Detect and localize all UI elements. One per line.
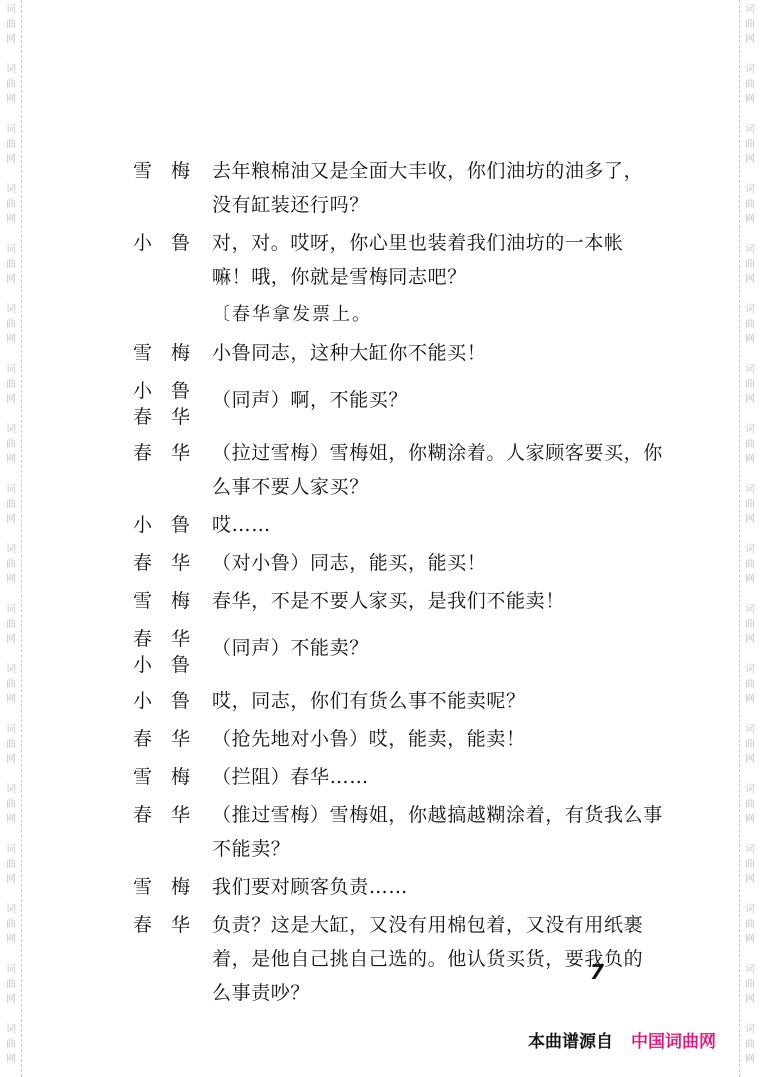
watermark-group: 词曲网: [742, 182, 758, 227]
speaker: 春华: [133, 726, 212, 752]
watermark-char: 词: [742, 242, 758, 257]
speaker-name: 春华: [133, 802, 212, 828]
watermark-char: 曲: [3, 797, 19, 812]
script-dialogue: 雪梅去年粮棉油又是全面大丰收，你们油坊的油多了，没有缸装还行吗？小鲁对，对。哎呀…: [133, 158, 633, 1018]
speaker: 春华: [133, 404, 212, 430]
watermark-char: 网: [3, 932, 19, 947]
watermark-char: 网: [742, 1052, 758, 1067]
watermark-char: 网: [3, 1052, 19, 1067]
speaker-char: 华: [171, 550, 209, 576]
watermark-char: 曲: [3, 197, 19, 212]
speaker-char: 梅: [171, 764, 209, 790]
speaker-char: 鲁: [171, 688, 209, 714]
watermark-char: 网: [742, 872, 758, 887]
watermark-char: 网: [3, 332, 19, 347]
dialogue-line: 哎……: [212, 512, 633, 538]
watermark-char: 词: [742, 302, 758, 317]
dialogue-row: 春华（拉过雪梅）雪梅姐，你糊涂着。人家顾客要买，你么事不要人家买？: [133, 440, 633, 508]
watermark-char: 网: [3, 92, 19, 107]
watermark-char: 词: [742, 722, 758, 737]
watermark-group: 词曲网: [742, 902, 758, 947]
watermark-group: 词曲网: [742, 422, 758, 467]
dialogue-line: 春华，不是不要人家买，是我们不能卖！: [212, 588, 633, 614]
dialogue-text: （对小鲁）同志，能买，能买！: [212, 550, 633, 584]
dialogue-line: 哎，同志，你们有货么事不能卖呢？: [212, 688, 633, 714]
dialogue-line: 着，是他自己挑自己选的。他认货买货，要我负的: [212, 946, 643, 972]
dialogue-text: 去年粮棉油又是全面大丰收，你们油坊的油多了，没有缸装还行吗？: [212, 158, 643, 226]
watermark-char: 词: [3, 722, 19, 737]
dialogue-line: （推过雪梅）雪梅姐，你越搞越糊涂着，有货我么事: [212, 802, 663, 828]
watermark-char: 网: [742, 992, 758, 1007]
speaker-char: 小: [133, 652, 171, 678]
watermark-char: 曲: [742, 377, 758, 392]
watermark-group: 词曲网: [742, 2, 758, 47]
watermark-char: 网: [742, 332, 758, 347]
watermark-char: 曲: [742, 1037, 758, 1052]
speaker: 小鲁: [133, 512, 212, 538]
watermark-char: 网: [742, 692, 758, 707]
watermark-char: 词: [3, 182, 19, 197]
right-margin-dashed-line: [739, 0, 740, 1077]
watermark-char: 曲: [3, 557, 19, 572]
watermark-char: 网: [742, 152, 758, 167]
dialogue-text: （推过雪梅）雪梅姐，你越搞越糊涂着，有货我么事不能卖？: [212, 802, 663, 870]
watermark-char: 词: [3, 902, 19, 917]
watermark-char: 网: [742, 32, 758, 47]
dialogue-text: （拉过雪梅）雪梅姐，你糊涂着。人家顾客要买，你么事不要人家买？: [212, 440, 663, 508]
watermark-char: 词: [742, 482, 758, 497]
dialogue-text: （同声）不能卖？: [212, 635, 633, 669]
speaker-char: 雪: [133, 874, 171, 900]
watermark-char: 曲: [742, 857, 758, 872]
dialogue-row: 春华负责？这是大缸，又没有用棉包着，又没有用纸裹着，是他自己挑自己选的。他认货买…: [133, 912, 633, 1014]
speaker-char: 鲁: [171, 378, 209, 404]
watermark-char: 网: [3, 632, 19, 647]
speaker-char: 鲁: [171, 512, 209, 538]
dialogue-line: （抢先地对小鲁）哎，能卖，能卖！: [212, 726, 633, 752]
watermark-char: 曲: [742, 677, 758, 692]
watermark-char: 网: [3, 992, 19, 1007]
watermark-char: 曲: [742, 437, 758, 452]
speaker-name: 春华: [133, 726, 212, 752]
dialogue-line: （同声）啊，不能买？: [212, 387, 633, 413]
watermark-char: 曲: [742, 977, 758, 992]
speaker-char: 梅: [171, 588, 209, 614]
dialogue-line: 不能卖？: [212, 836, 663, 862]
watermark-char: 曲: [3, 1037, 19, 1052]
speaker-char: 鲁: [171, 230, 209, 256]
speaker: 春华: [133, 912, 212, 938]
watermark-group: 词曲网: [742, 782, 758, 827]
watermark-char: 曲: [3, 437, 19, 452]
dialogue-row: 雪梅（拦阻）春华……: [133, 764, 633, 798]
watermark-char: 网: [742, 752, 758, 767]
watermark-char: 词: [742, 902, 758, 917]
source-footer: 本曲谱源自中国词曲网: [528, 1027, 716, 1052]
watermark-char: 词: [3, 482, 19, 497]
watermark-group: 词曲网: [3, 542, 19, 587]
speaker: 雪梅: [133, 340, 212, 366]
watermark-char: 曲: [742, 197, 758, 212]
watermark-char: 网: [3, 872, 19, 887]
speaker: 雪梅: [133, 588, 212, 614]
watermark-group: 词曲网: [3, 662, 19, 707]
dialogue-line: 么事责吵？: [212, 980, 643, 1006]
speaker-char: 小: [133, 230, 171, 256]
speaker: 雪梅: [133, 158, 212, 184]
watermark-group: 词曲网: [3, 62, 19, 107]
watermark-char: 网: [3, 572, 19, 587]
watermark-char: 网: [742, 512, 758, 527]
watermark-char: 曲: [3, 77, 19, 92]
dialogue-line: 没有缸装还行吗？: [212, 192, 643, 218]
watermark-char: 网: [3, 272, 19, 287]
dialogue-row: 雪梅去年粮棉油又是全面大丰收，你们油坊的油多了，没有缸装还行吗？: [133, 158, 633, 226]
watermark-char: 词: [742, 182, 758, 197]
watermark-char: 曲: [3, 377, 19, 392]
speaker: 小鲁: [133, 652, 212, 678]
watermark-char: 网: [742, 272, 758, 287]
watermark-char: 网: [3, 812, 19, 827]
watermark-group: 词曲网: [3, 2, 19, 47]
watermark-char: 曲: [3, 857, 19, 872]
dialogue-text: 哎……: [212, 512, 633, 546]
watermark-char: 词: [742, 542, 758, 557]
watermark-char: 词: [742, 2, 758, 17]
watermark-char: 词: [3, 602, 19, 617]
watermark-group: 词曲网: [742, 602, 758, 647]
watermark-group: 词曲网: [3, 122, 19, 167]
dialogue-row: 春华（对小鲁）同志，能买，能买！: [133, 550, 633, 584]
speaker: 春华: [133, 802, 212, 828]
dialogue-line: 我们要对顾客负责……: [212, 874, 633, 900]
speaker: 春华: [133, 550, 212, 576]
watermark-char: 曲: [3, 737, 19, 752]
watermark-char: 网: [742, 932, 758, 947]
watermark-char: 曲: [742, 257, 758, 272]
dialogue-text: 小鲁同志，这种大缸你不能买！: [212, 340, 633, 374]
dialogue-row: 春华（抢先地对小鲁）哎，能卖，能卖！: [133, 726, 633, 760]
speaker-name: 小鲁春华: [133, 378, 212, 430]
speaker-char: 雪: [133, 158, 171, 184]
dialogue-line: （同声）不能卖？: [212, 635, 633, 661]
dialogue-row: 雪梅春华，不是不要人家买，是我们不能卖！: [133, 588, 633, 622]
watermark-char: 词: [3, 242, 19, 257]
watermark-group: 词曲网: [742, 482, 758, 527]
speaker-char: 梅: [171, 874, 209, 900]
dialogue-text: 春华，不是不要人家买，是我们不能卖！: [212, 588, 633, 622]
dialogue-line: 对，对。哎呀，你心里也装着我们油坊的一本帐: [212, 230, 633, 256]
watermark-char: 曲: [742, 557, 758, 572]
watermark-char: 词: [3, 302, 19, 317]
watermark-group: 词曲网: [742, 1022, 758, 1067]
watermark-char: 曲: [3, 137, 19, 152]
speaker: 雪梅: [133, 764, 212, 790]
watermark-char: 曲: [3, 317, 19, 332]
watermark-char: 网: [742, 452, 758, 467]
watermark-char: 网: [3, 32, 19, 47]
watermark-char: 网: [742, 632, 758, 647]
watermark-char: 词: [3, 1022, 19, 1037]
watermark-group: 词曲网: [3, 242, 19, 287]
dialogue-row: 小鲁对，对。哎呀，你心里也装着我们油坊的一本帐嘛！哦，你就是雪梅同志吧？: [133, 230, 633, 298]
speaker-name: 雪梅: [133, 764, 212, 790]
watermark-char: 曲: [3, 497, 19, 512]
speaker-char: 春: [133, 912, 171, 938]
dialogue-row: 春华小鲁（同声）不能卖？: [133, 626, 633, 678]
speaker-char: 华: [171, 626, 209, 652]
speaker-name: 小鲁: [133, 512, 212, 538]
speaker-name: 春华: [133, 912, 212, 938]
speaker-char: 雪: [133, 340, 171, 366]
watermark-char: 网: [3, 512, 19, 527]
watermark-char: 网: [3, 692, 19, 707]
dialogue-line: 小鲁同志，这种大缸你不能买！: [212, 340, 633, 366]
watermark-char: 词: [742, 1022, 758, 1037]
watermark-char: 曲: [742, 917, 758, 932]
dialogue-row: 小鲁春华（同声）啊，不能买？: [133, 378, 633, 430]
watermark-char: 曲: [3, 257, 19, 272]
watermark-group: 词曲网: [3, 782, 19, 827]
watermark-char: 曲: [742, 497, 758, 512]
speaker: 小鲁: [133, 378, 212, 404]
watermark-group: 词曲网: [742, 242, 758, 287]
left-margin-dashed-line: [21, 0, 22, 1077]
watermark-char: 词: [742, 602, 758, 617]
dialogue-row: 春华（推过雪梅）雪梅姐，你越搞越糊涂着，有货我么事不能卖？: [133, 802, 633, 870]
source-label: 本曲谱源自: [528, 1032, 613, 1052]
watermark-char: 词: [3, 422, 19, 437]
watermark-char: 词: [3, 542, 19, 557]
watermark-char: 网: [3, 452, 19, 467]
watermark-char: 网: [742, 572, 758, 587]
watermark-group: 词曲网: [742, 542, 758, 587]
dialogue-row: 雪梅我们要对顾客负责……: [133, 874, 633, 908]
watermark-char: 网: [742, 92, 758, 107]
speaker-char: 梅: [171, 158, 209, 184]
speaker-name: 小鲁: [133, 230, 212, 256]
dialogue-row: 小鲁哎……: [133, 512, 633, 546]
watermark-char: 曲: [742, 317, 758, 332]
speaker-char: 春: [133, 440, 171, 466]
watermark-group: 词曲网: [742, 662, 758, 707]
watermark-char: 词: [3, 122, 19, 137]
watermark-char: 曲: [742, 77, 758, 92]
speaker: 小鲁: [133, 230, 212, 256]
speaker-char: 华: [171, 802, 209, 828]
watermark-group: 词曲网: [3, 422, 19, 467]
watermark-char: 词: [742, 662, 758, 677]
dialogue-text: （拦阻）春华……: [212, 764, 633, 798]
speaker-name: 雪梅: [133, 158, 212, 184]
speaker-char: 小: [133, 688, 171, 714]
watermark-char: 词: [742, 842, 758, 857]
speaker-char: 春: [133, 726, 171, 752]
watermark-group: 词曲网: [3, 182, 19, 227]
dialogue-text: （抢先地对小鲁）哎，能卖，能卖！: [212, 726, 633, 760]
stage-direction-row: 〔春华拿发票上。: [133, 302, 633, 336]
watermark-group: 词曲网: [3, 1022, 19, 1067]
speaker: 雪梅: [133, 874, 212, 900]
watermark-char: 曲: [742, 797, 758, 812]
watermark-char: 网: [3, 152, 19, 167]
speaker-name: 雪梅: [133, 874, 212, 900]
watermark-group: 词曲网: [3, 902, 19, 947]
speaker-char: 雪: [133, 764, 171, 790]
watermark-char: 网: [742, 812, 758, 827]
speaker-char: 华: [171, 726, 209, 752]
dialogue-text: （同声）啊，不能买？: [212, 387, 633, 421]
watermark-char: 词: [3, 842, 19, 857]
dialogue-text: 我们要对顾客负责……: [212, 874, 633, 908]
watermark-char: 词: [3, 2, 19, 17]
watermark-group: 词曲网: [742, 962, 758, 1007]
watermark-group: 词曲网: [742, 842, 758, 887]
dialogue-text: 对，对。哎呀，你心里也装着我们油坊的一本帐嘛！哦，你就是雪梅同志吧？: [212, 230, 633, 298]
speaker-char: 春: [133, 626, 171, 652]
speaker-char: 鲁: [171, 652, 209, 678]
speaker: 小鲁: [133, 688, 212, 714]
watermark-char: 网: [742, 212, 758, 227]
dialogue-row: 小鲁哎，同志，你们有货么事不能卖呢？: [133, 688, 633, 722]
watermark-char: 曲: [3, 617, 19, 632]
speaker: 春华: [133, 626, 212, 652]
site-name-link[interactable]: 中国词曲网: [631, 1032, 716, 1052]
speaker-name: 春华: [133, 550, 212, 576]
watermark-char: 曲: [742, 737, 758, 752]
watermark-char: 曲: [3, 977, 19, 992]
speaker-char: 小: [133, 512, 171, 538]
page-number: 7: [590, 960, 604, 984]
watermark-char: 词: [742, 62, 758, 77]
dialogue-line: （拦阻）春华……: [212, 764, 633, 790]
watermark-group: 词曲网: [3, 722, 19, 767]
watermark-char: 词: [742, 422, 758, 437]
watermark-group: 词曲网: [3, 842, 19, 887]
dialogue-text: 〔春华拿发票上。: [212, 302, 633, 336]
speaker-char: 小: [133, 378, 171, 404]
watermark-group: 词曲网: [3, 962, 19, 1007]
dialogue-line: 嘛！哦，你就是雪梅同志吧？: [212, 264, 633, 290]
watermark-char: 词: [3, 362, 19, 377]
watermark-group: 词曲网: [742, 62, 758, 107]
speaker-char: 春: [133, 550, 171, 576]
watermark-group: 词曲网: [742, 302, 758, 347]
speaker-char: 春: [133, 802, 171, 828]
dialogue-text: 负责？这是大缸，又没有用棉包着，又没有用纸裹着，是他自己挑自己选的。他认货买货，…: [212, 912, 643, 1014]
watermark-char: 网: [742, 392, 758, 407]
dialogue-line: 么事不要人家买？: [212, 474, 663, 500]
watermark-char: 网: [3, 752, 19, 767]
watermark-group: 词曲网: [3, 482, 19, 527]
speaker-char: 梅: [171, 340, 209, 366]
watermark-char: 曲: [742, 17, 758, 32]
watermark-char: 词: [742, 362, 758, 377]
watermark-char: 词: [742, 782, 758, 797]
watermark-group: 词曲网: [742, 722, 758, 767]
dialogue-line: （拉过雪梅）雪梅姐，你糊涂着。人家顾客要买，你: [212, 440, 663, 466]
speaker-char: 华: [171, 912, 209, 938]
watermark-char: 网: [3, 212, 19, 227]
watermark-char: 曲: [742, 617, 758, 632]
dialogue-line: （对小鲁）同志，能买，能买！: [212, 550, 633, 576]
watermark-char: 网: [3, 392, 19, 407]
watermark-char: 曲: [742, 137, 758, 152]
dialogue-text: 哎，同志，你们有货么事不能卖呢？: [212, 688, 633, 722]
watermark-char: 词: [3, 662, 19, 677]
speaker-name: 雪梅: [133, 340, 212, 366]
watermark-char: 曲: [3, 917, 19, 932]
dialogue-line: 负责？这是大缸，又没有用棉包着，又没有用纸裹: [212, 912, 643, 938]
speaker-name: 小鲁: [133, 688, 212, 714]
speaker-name: 雪梅: [133, 588, 212, 614]
watermark-char: 词: [3, 782, 19, 797]
watermark-group: 词曲网: [3, 362, 19, 407]
watermark-char: 词: [742, 962, 758, 977]
speaker-char: 雪: [133, 588, 171, 614]
stage-direction: 〔春华拿发票上。: [212, 302, 633, 328]
speaker-char: 春: [133, 404, 171, 430]
watermark-char: 曲: [3, 677, 19, 692]
speaker-char: 华: [171, 404, 209, 430]
watermark-char: 词: [3, 62, 19, 77]
watermark-char: 曲: [3, 17, 19, 32]
watermark-group: 词曲网: [742, 122, 758, 167]
speaker-char: 华: [171, 440, 209, 466]
speaker-name: 春华小鲁: [133, 626, 212, 678]
speaker: 春华: [133, 440, 212, 466]
watermark-group: 词曲网: [742, 362, 758, 407]
dialogue-row: 雪梅小鲁同志，这种大缸你不能买！: [133, 340, 633, 374]
watermark-group: 词曲网: [3, 302, 19, 347]
watermark-group: 词曲网: [3, 602, 19, 647]
watermark-char: 词: [742, 122, 758, 137]
dialogue-line: 去年粮棉油又是全面大丰收，你们油坊的油多了，: [212, 158, 643, 184]
watermark-char: 词: [3, 962, 19, 977]
speaker-name: 春华: [133, 440, 212, 466]
